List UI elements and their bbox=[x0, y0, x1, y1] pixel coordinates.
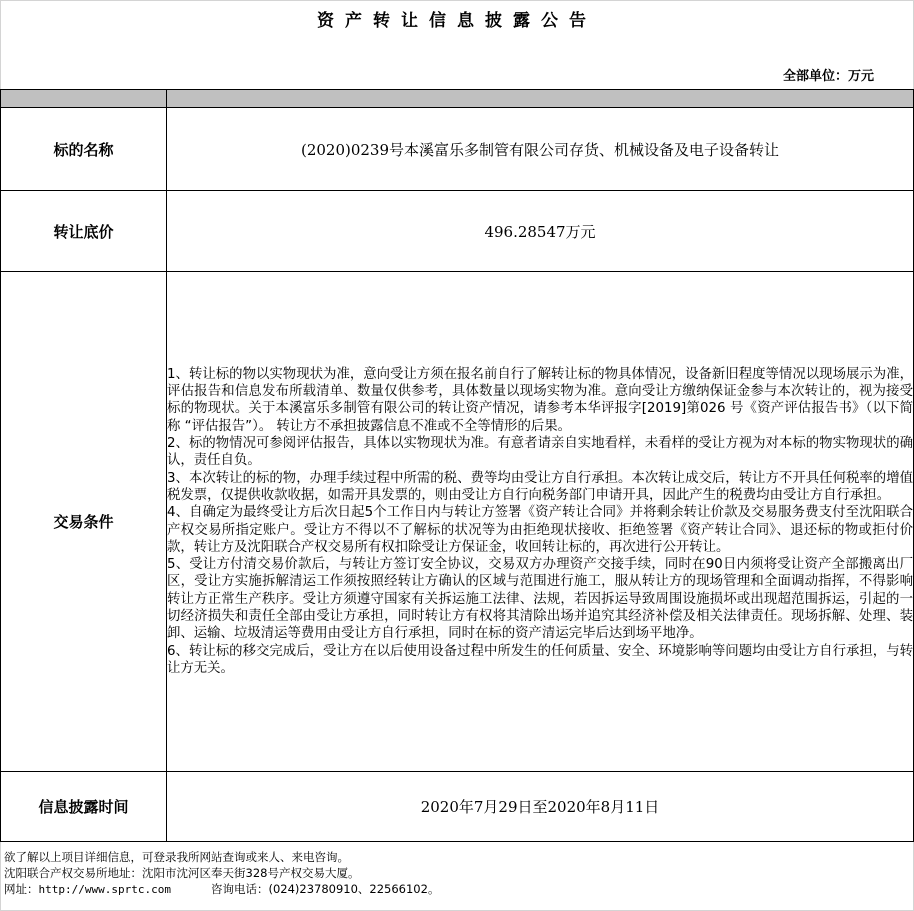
disclosure-table: 标的名称 (2020)0239号本溪富乐多制管有限公司存货、机械设备及电子设备转… bbox=[0, 89, 914, 842]
footer-address: 沈阳联合产权交易所地址：沈阳市沈河区奉天街328号产权交易大厦。 bbox=[4, 865, 439, 881]
subject-name-value: (2020)0239号本溪富乐多制管有限公司存货、机械设备及电子设备转让 bbox=[167, 108, 914, 191]
table-row-disclosure-period: 信息披露时间 2020年7月29日至2020年8月11日 bbox=[1, 772, 914, 842]
phone-numbers: (024)23780910、22566102。 bbox=[268, 882, 439, 896]
website-label: 网址： bbox=[4, 882, 39, 896]
footer-web-phone: 网址：http://www.sprtc.com咨询电话：(024)2378091… bbox=[4, 881, 439, 898]
condition-item-6: 6、转让标的移交完成后，受让方在以后使用设备过程中所发生的任何质量、安全、环境影… bbox=[167, 643, 913, 678]
disclosure-period-value: 2020年7月29日至2020年8月11日 bbox=[167, 772, 914, 842]
announcement-title: 资产转让信息披露公告 bbox=[0, 6, 914, 31]
condition-item-5: 5、受让方付清交易价款后，与转让方签订安全协议，交易双方办理资产交接手续，同时在… bbox=[167, 556, 913, 642]
footer-inquiry-note: 欲了解以上项目详细信息，可登录我所网站查询或来人、来电咨询。 bbox=[4, 849, 439, 865]
row-label: 信息披露时间 bbox=[1, 772, 167, 842]
reserve-price-value: 496.28547万元 bbox=[167, 191, 914, 272]
header-cell-value bbox=[167, 90, 914, 108]
table-header-bar bbox=[1, 90, 914, 108]
table-row-subject-name: 标的名称 (2020)0239号本溪富乐多制管有限公司存货、机械设备及电子设备转… bbox=[1, 108, 914, 191]
unit-label: 全部单位：万元 bbox=[783, 65, 874, 84]
website-link[interactable]: http://www.sprtc.com bbox=[39, 883, 171, 896]
row-label: 交易条件 bbox=[1, 272, 167, 772]
condition-item-4: 4、自确定为最终受让方后次日起5个工作日内与转让方签署《资产转让合同》并将剩余转… bbox=[167, 504, 913, 556]
row-label: 转让底价 bbox=[1, 191, 167, 272]
footer-contact-info: 欲了解以上项目详细信息，可登录我所网站查询或来人、来电咨询。 沈阳联合产权交易所… bbox=[4, 849, 439, 898]
header-cell-label bbox=[1, 90, 167, 108]
condition-item-2: 2、标的物情况可参阅评估报告，具体以实物现状为准。有意者请亲自实地看样，未看样的… bbox=[167, 435, 913, 470]
condition-item-3: 3、本次转让的标的物，办理手续过程中所需的税、费等均由受让方自行承担。本次转让成… bbox=[167, 470, 913, 505]
trade-conditions-text: 1、转让标的物以实物现状为准，意向受让方须在报名前自行了解转让标的物具体情况，设… bbox=[167, 272, 914, 772]
table-row-trade-conditions: 交易条件 1、转让标的物以实物现状为准，意向受让方须在报名前自行了解转让标的物具… bbox=[1, 272, 914, 772]
condition-item-1: 1、转让标的物以实物现状为准，意向受让方须在报名前自行了解转让标的物具体情况，设… bbox=[167, 366, 913, 435]
row-label: 标的名称 bbox=[1, 108, 167, 191]
table-row-reserve-price: 转让底价 496.28547万元 bbox=[1, 191, 914, 272]
phone-label: 咨询电话： bbox=[211, 882, 269, 896]
